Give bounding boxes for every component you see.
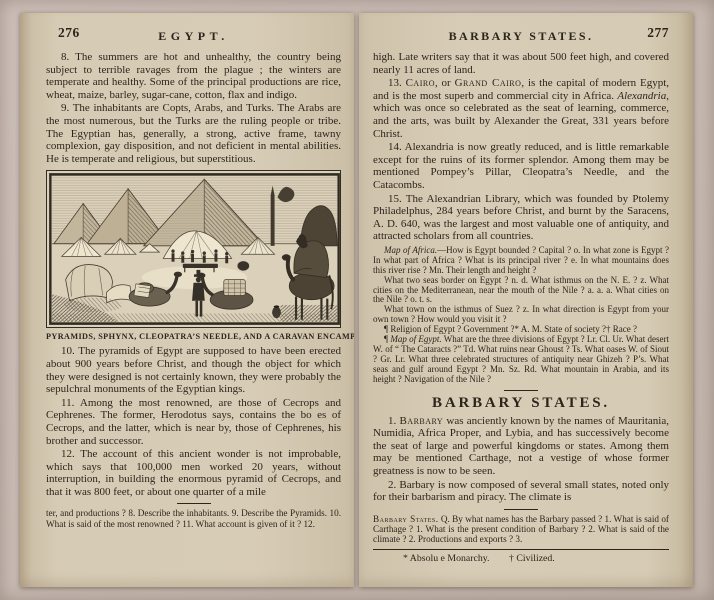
review-questions: ter, and productions ? 8. Describe the i… bbox=[46, 508, 341, 529]
engraving-pyramids-caravan: PYRAMIDS, SPHYNX, CLEOPATRA’S NEEDLE, AN… bbox=[46, 170, 341, 341]
paragraph-2-barbary: 2. Barbary is now composed of several sm… bbox=[373, 479, 669, 504]
map-question: Map of Africa.—How is Egypt bounded ? Ca… bbox=[373, 246, 669, 276]
footer-rule bbox=[504, 509, 538, 510]
engraving-illustration bbox=[49, 173, 340, 325]
map-questions-block: Map of Africa.—How is Egypt bounded ? Ca… bbox=[373, 246, 669, 385]
page-left: 276 EGYPT. 8. The summers are hot and un… bbox=[20, 13, 354, 587]
paragraph-15: 15. The Alexandrian Library, which was f… bbox=[373, 193, 669, 243]
paragraph-12-continued: high. Late writers say that it was about… bbox=[373, 51, 669, 76]
paragraph-1-barbary: 1. Barbary was anciently known by the na… bbox=[373, 415, 669, 478]
page-header-left: 276 EGYPT. bbox=[46, 27, 341, 45]
footer-rule bbox=[177, 503, 211, 504]
paragraph-14: 14. Alexandria is now greatly reduced, a… bbox=[373, 141, 669, 191]
page-header-right: BARBARY STATES. 277 bbox=[373, 27, 669, 45]
footnote-rule bbox=[373, 549, 669, 550]
engraving-frame bbox=[46, 170, 341, 328]
section-heading: BARBARY STATES. bbox=[373, 395, 669, 412]
paragraph-9: 9. The inhabitants are Copts, Arabs, and… bbox=[46, 102, 341, 165]
running-head: EGYPT. bbox=[158, 29, 228, 43]
paragraph-11: 11. Among the most renowned, are those o… bbox=[46, 397, 341, 447]
footnote: * Absolu e Monarchy. † Civilized. bbox=[373, 553, 669, 564]
paragraph-12: 12. The account of this ancient wonder i… bbox=[46, 448, 341, 498]
map-question: What town on the isthmus of Suez ? z. In… bbox=[373, 305, 669, 325]
section-rule bbox=[504, 390, 538, 391]
engraving-caption: PYRAMIDS, SPHYNX, CLEOPATRA’S NEEDLE, AN… bbox=[46, 332, 341, 341]
book-scan: 276 EGYPT. 8. The summers are hot and un… bbox=[0, 0, 714, 600]
page-number: 277 bbox=[647, 25, 669, 41]
map-question: ¶ Map of Egypt. What are the three divis… bbox=[373, 335, 669, 385]
page-right: BARBARY STATES. 277 high. Late writers s… bbox=[359, 13, 693, 587]
paragraph-13: 13. Cairo, or Grand Cairo, is the capita… bbox=[373, 77, 669, 140]
running-head: BARBARY STATES. bbox=[449, 29, 594, 43]
paragraph-8: 8. The summers are hot and unhealthy, th… bbox=[46, 51, 341, 101]
review-questions: Barbary States. Q. By what names has the… bbox=[373, 514, 669, 545]
map-question: What two seas border on Egypt ? n. d. Wh… bbox=[373, 276, 669, 306]
page-number: 276 bbox=[58, 25, 80, 41]
paragraph-10: 10. The pyramids of Egypt are supposed t… bbox=[46, 345, 341, 395]
